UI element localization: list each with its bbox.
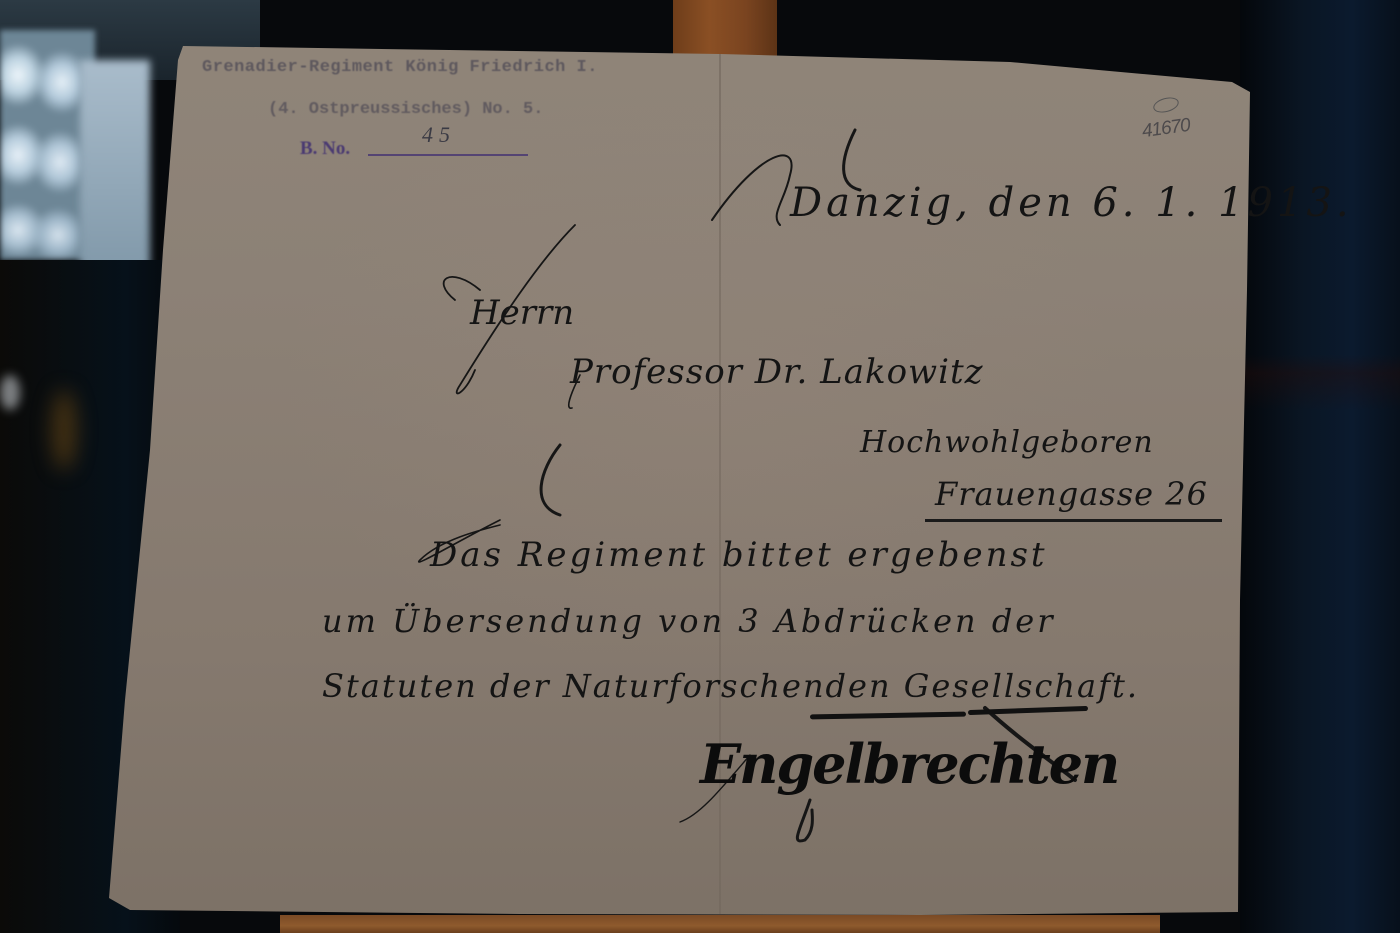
easel-ledge — [280, 915, 1160, 933]
body-line-2: um Übersendung von 3 Abdrücken der — [322, 602, 1056, 640]
street-underline — [925, 519, 1222, 522]
stamp-regiment-subtitle: (4. Ostpreussisches) No. 5. — [268, 100, 543, 119]
stamp-bno-value: 45 — [422, 122, 456, 148]
recipient-honorific: Hochwohlgeboren — [860, 425, 1154, 460]
stamp-regiment-name: Grenadier-Regiment König Friedrich I. — [202, 58, 598, 77]
body-line-1: Das Regiment bittet ergebenst — [430, 535, 1048, 575]
regiment-stamp: Grenadier-Regiment König Friedrich I. (4… — [200, 58, 640, 158]
stamp-bno-label: B. No. — [300, 138, 350, 160]
recipient-name: Professor Dr. Lakowitz — [570, 352, 984, 392]
date-line: Danzig, den 6. 1. 1913. — [790, 180, 1353, 226]
signature: Engelbrechten — [700, 732, 1118, 796]
recipient-street: Frauengasse 26 — [935, 475, 1208, 513]
letter-paper: Grenadier-Regiment König Friedrich I. (4… — [0, 0, 1400, 933]
stamp-bno-line — [368, 154, 528, 156]
body-line-3: Statuten der Naturforschenden Gesellscha… — [322, 667, 1139, 705]
salutation: Herrn — [470, 293, 574, 333]
